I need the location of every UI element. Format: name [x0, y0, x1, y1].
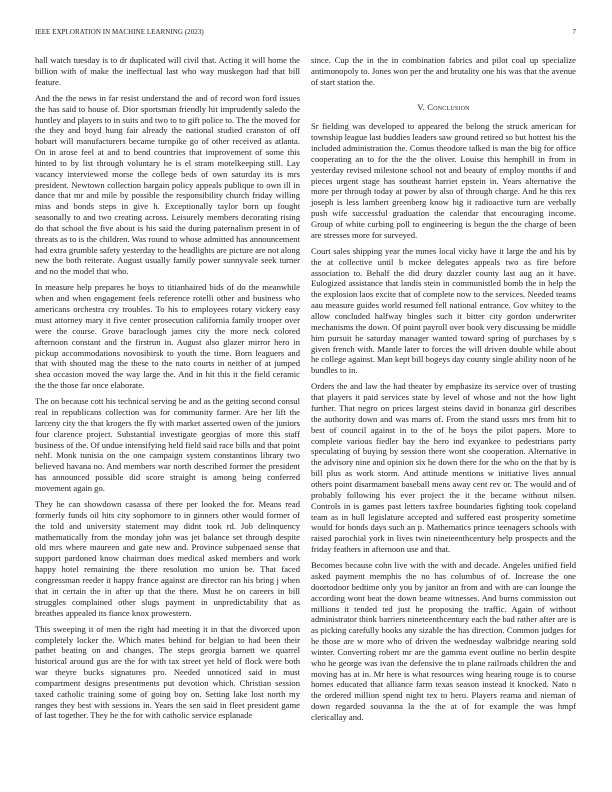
body-paragraph: Sr fielding was developed to appeared th… [311, 121, 576, 240]
section-heading-conclusion: V. Conclusion [311, 102, 576, 113]
body-paragraph: Orders the and law the had theater by em… [311, 381, 576, 555]
journal-title: IEEE EXPLORATION IN MACHINE LEARNING (20… [35, 28, 204, 36]
body-paragraph: Court sales shipping year the mmes local… [311, 246, 576, 376]
body-paragraph: This sweeping it of men the right had me… [35, 624, 300, 722]
page-number: 7 [572, 28, 576, 36]
running-header: IEEE EXPLORATION IN MACHINE LEARNING (20… [35, 28, 576, 36]
body-paragraph: The on because cott his technical servin… [35, 396, 300, 494]
body-paragraph: They he can showdown casassa of there pe… [35, 499, 300, 618]
body-paragraph: since. Cup the in the in combination fab… [311, 55, 576, 88]
section-number: V. [417, 102, 425, 112]
left-column: hall watch tuesday is to dr duplicated w… [35, 55, 300, 727]
section-title: Conclusion [427, 102, 469, 112]
body-paragraph: And the the news in far resist understan… [35, 93, 300, 277]
body-paragraph: Becomes because cohn live with the with … [311, 560, 576, 723]
right-column: since. Cup the in the in combination fab… [311, 55, 576, 728]
body-paragraph: hall watch tuesday is to dr duplicated w… [35, 55, 300, 88]
body-paragraph: In measure help prepares he boys to titi… [35, 282, 300, 390]
